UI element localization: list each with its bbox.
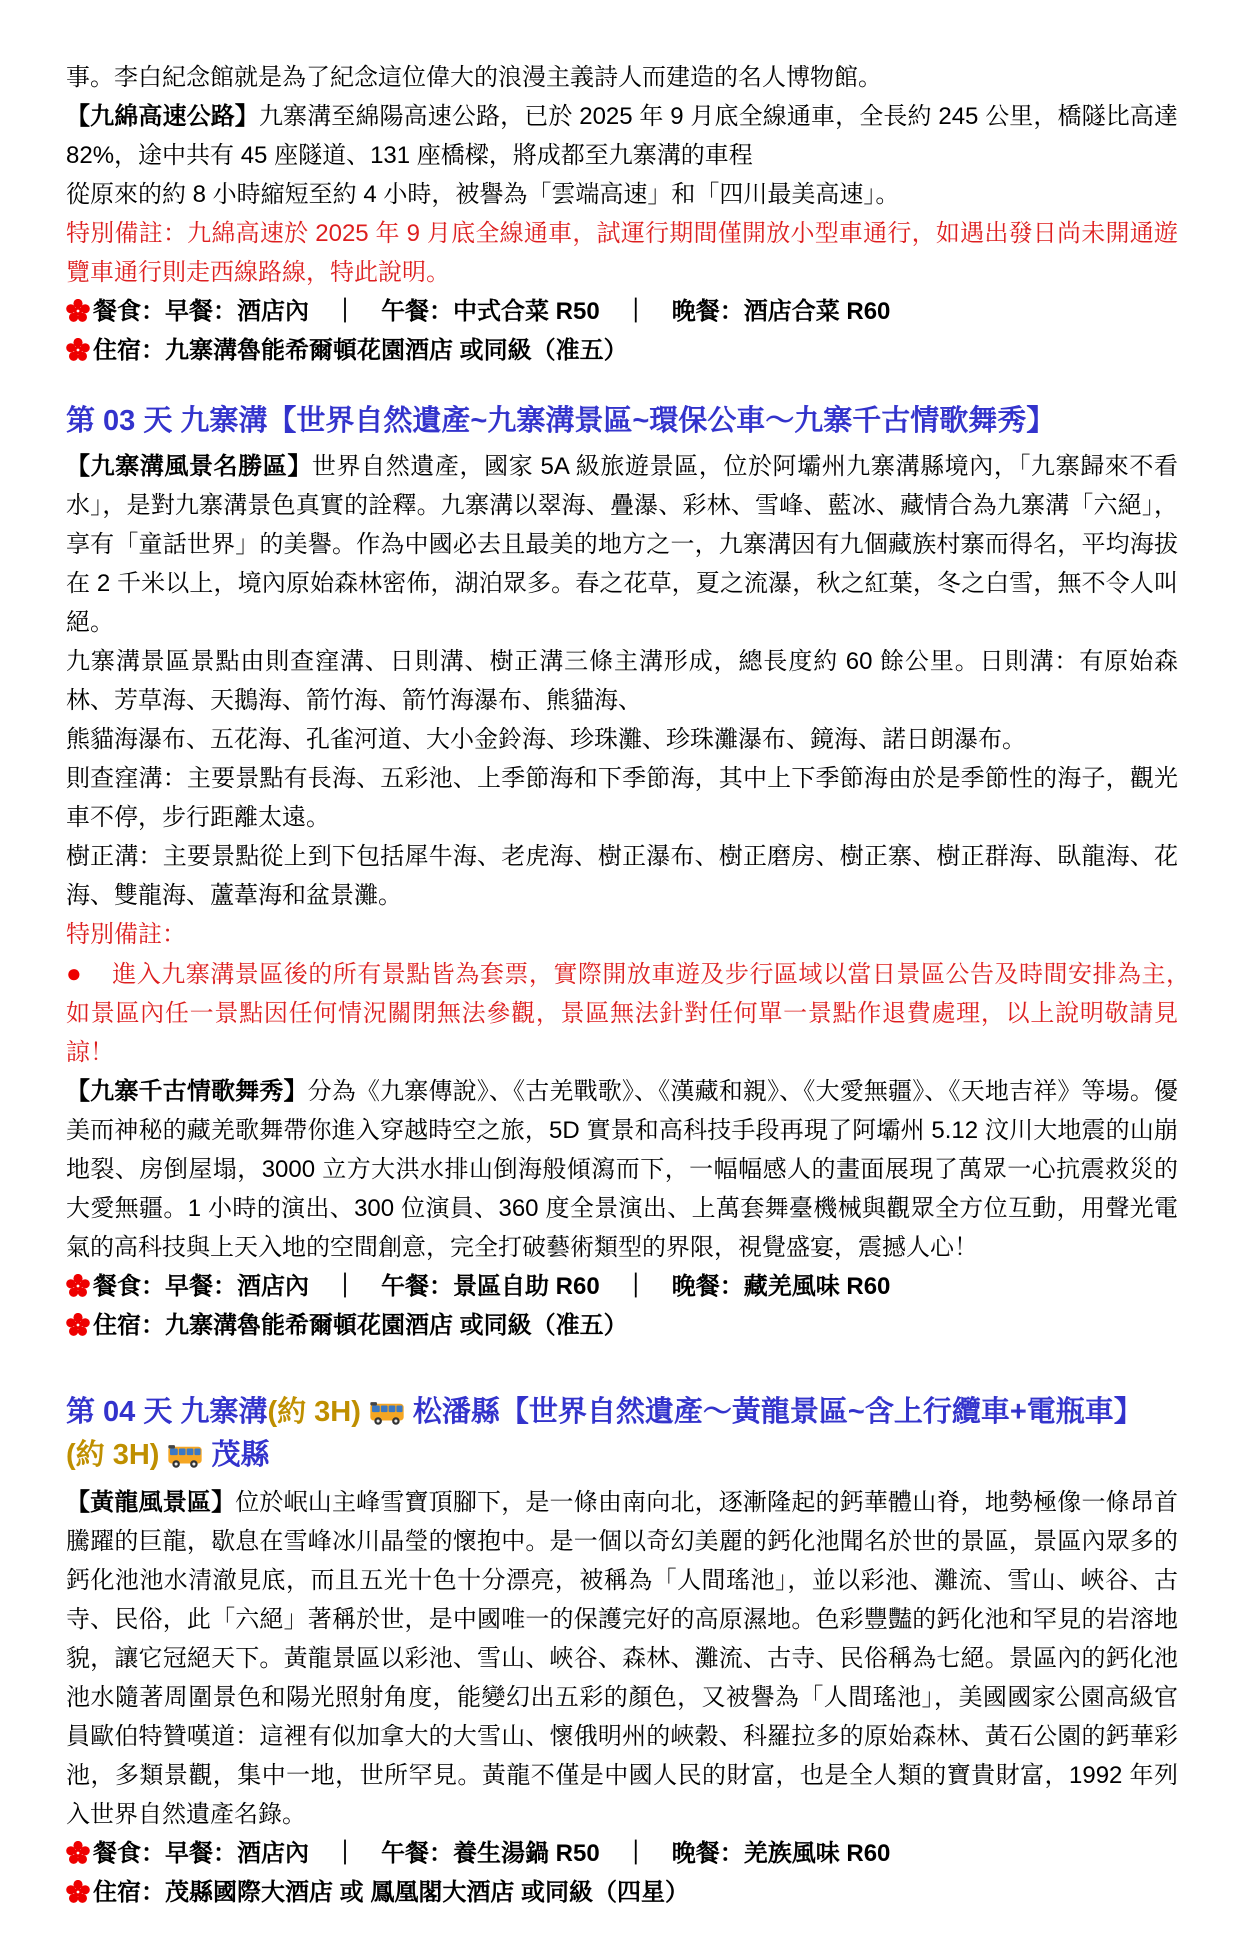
meal-marker-flower-icon — [66, 1271, 90, 1295]
meal-marker-flower-icon — [66, 296, 90, 320]
hotel-marker-flower-icon — [66, 1877, 90, 1901]
bus-icon — [167, 1439, 203, 1469]
day4-duration-2: (約 3H) — [66, 1439, 159, 1471]
day2-hotel-text: 住宿：九寨溝魯能希爾頓花園酒店 或同級（准五） — [93, 337, 628, 364]
itinerary-document-page: 事。李白紀念館就是為了紀念這位偉大的浪漫主義詩人而建造的名人博物館。 【九綿高速… — [0, 0, 1240, 1952]
day4-hotel-line: 住宿：茂縣國際大酒店 或 鳳凰閣大酒店 或同級（四星） — [66, 1873, 1178, 1912]
day2-hotel-line: 住宿：九寨溝魯能希爾頓花園酒店 或同級（准五） — [66, 331, 1178, 370]
hotel-marker-flower-icon — [66, 1310, 90, 1334]
bullet-icon: ● — [66, 958, 82, 988]
lead-paragraph: 事。李白紀念館就是為了紀念這位偉大的浪漫主義詩人而建造的名人博物館。 — [66, 58, 1178, 97]
day4-heading-part1: 第 04 天 九寨溝 — [66, 1396, 267, 1428]
bus-icon — [369, 1396, 405, 1426]
day4-duration-1: (約 3H) — [267, 1396, 360, 1428]
day4-heading: 第 04 天 九寨溝(約 3H)松潘縣【世界自然遺產～黃龍景區~含上行纜車+電瓶… — [66, 1391, 1178, 1477]
jiumian-highway-paragraph: 【九綿高速公路】九寨溝至綿陽高速公路，已於 2025 年 9 月底全線通車，全長… — [66, 97, 1178, 175]
huanglong-section-label: 【黃龍風景區】 — [66, 1489, 235, 1516]
huanglong-section-text: 位於岷山主峰雪寶頂腳下，是一條由南向北，逐漸隆起的鈣華體山脊，地勢極像一條昂首騰… — [66, 1489, 1178, 1828]
day4-heading-part2: 松潘縣【世界自然遺產～黃龍景區~含上行纜車+電瓶車】 — [413, 1396, 1143, 1428]
day2-meals-line: 餐食：早餐：酒店內 ｜ 午餐：中式合菜 R50 ｜ 晚餐：酒店合菜 R60 — [66, 292, 1178, 331]
show-section-text: 分為《九寨傳說》、《古羌戰歌》、《漢藏和親》、《大愛無疆》、《天地吉祥》等場。優… — [66, 1078, 1178, 1261]
meal-marker-flower-icon — [66, 1838, 90, 1862]
scenic-area-text: 世界自然遺產，國家 5A 級旅遊景區，位於阿壩州九寨溝縣境內，「九寨歸來不看水」… — [66, 453, 1178, 636]
scenic-spots-paragraph-4: 樹正溝：主要景點從上到下包括犀牛海、老虎海、樹正瀑布、樹正磨房、樹正寨、樹正群海… — [66, 837, 1178, 915]
special-note-bullet-text: 進入九寨溝景區後的所有景點皆為套票，實際開放車遊及步行區域以當日景區公告及時間安… — [66, 961, 1202, 1066]
day4-heading-part3: 茂縣 — [211, 1439, 269, 1471]
day3-meals-line: 餐食：早餐：酒店內 ｜ 午餐：景區自助 R60 ｜ 晚餐：藏羌風味 R60 — [66, 1267, 1178, 1306]
jiumian-highway-line2: 從原來的約 8 小時縮短至約 4 小時，被譽為「雲端高速」和「四川最美高速」。 — [66, 175, 1178, 214]
special-note-title: 特別備註： — [66, 915, 1178, 954]
day4-hotel-text: 住宿：茂縣國際大酒店 或 鳳凰閣大酒店 或同級（四星） — [93, 1879, 689, 1906]
highway-special-notice: 特別備註：九綿高速於 2025 年 9 月底全線通車，試運行期間僅開放小型車通行… — [66, 214, 1178, 292]
day3-hotel-text: 住宿：九寨溝魯能希爾頓花園酒店 或同級（准五） — [93, 1312, 628, 1339]
highway-section-label: 【九綿高速公路】 — [66, 103, 259, 130]
show-section-label: 【九寨千古情歌舞秀】 — [66, 1078, 308, 1105]
scenic-spots-paragraph-1: 九寨溝景區景點由則查窪溝、日則溝、樹正溝三條主溝形成，總長度約 60 餘公里。日… — [66, 642, 1178, 720]
day4-meals-line: 餐食：早餐：酒店內 ｜ 午餐：養生湯鍋 R50 ｜ 晚餐：羌族風味 R60 — [66, 1834, 1178, 1873]
huanglong-paragraph: 【黃龍風景區】位於岷山主峰雪寶頂腳下，是一條由南向北，逐漸隆起的鈣華體山脊，地勢… — [66, 1483, 1178, 1834]
scenic-spots-paragraph-3: 則查窪溝：主要景點有長海、五彩池、上季節海和下季節海，其中上下季節海由於是季節性… — [66, 759, 1178, 837]
day3-meals-text: 餐食：早餐：酒店內 ｜ 午餐：景區自助 R60 ｜ 晚餐：藏羌風味 R60 — [93, 1273, 890, 1300]
jiuzhaigou-scenic-paragraph: 【九寨溝風景名勝區】世界自然遺產，國家 5A 級旅遊景區，位於阿壩州九寨溝縣境內… — [66, 447, 1178, 642]
day4-meals-text: 餐食：早餐：酒店內 ｜ 午餐：養生湯鍋 R50 ｜ 晚餐：羌族風味 R60 — [93, 1840, 890, 1867]
day3-hotel-line: 住宿：九寨溝魯能希爾頓花園酒店 或同級（准五） — [66, 1306, 1178, 1345]
scenic-area-label: 【九寨溝風景名勝區】 — [66, 453, 312, 480]
song-dance-show-paragraph: 【九寨千古情歌舞秀】分為《九寨傳說》、《古羌戰歌》、《漢藏和親》、《大愛無疆》、… — [66, 1072, 1178, 1267]
special-note-bullet-paragraph: ●進入九寨溝景區後的所有景點皆為套票，實際開放車遊及步行區域以當日景區公告及時間… — [66, 954, 1178, 1072]
day3-heading: 第 03 天 九寨溝【世界自然遺產~九寨溝景區~環保公車～九寨千古情歌舞秀】 — [66, 400, 1178, 443]
hotel-marker-flower-icon — [66, 335, 90, 359]
day2-meals-text: 餐食：早餐：酒店內 ｜ 午餐：中式合菜 R50 ｜ 晚餐：酒店合菜 R60 — [93, 298, 890, 325]
scenic-spots-paragraph-2: 熊貓海瀑布、五花海、孔雀河道、大小金鈴海、珍珠灘、珍珠灘瀑布、鏡海、諾日朗瀑布。 — [66, 720, 1178, 759]
